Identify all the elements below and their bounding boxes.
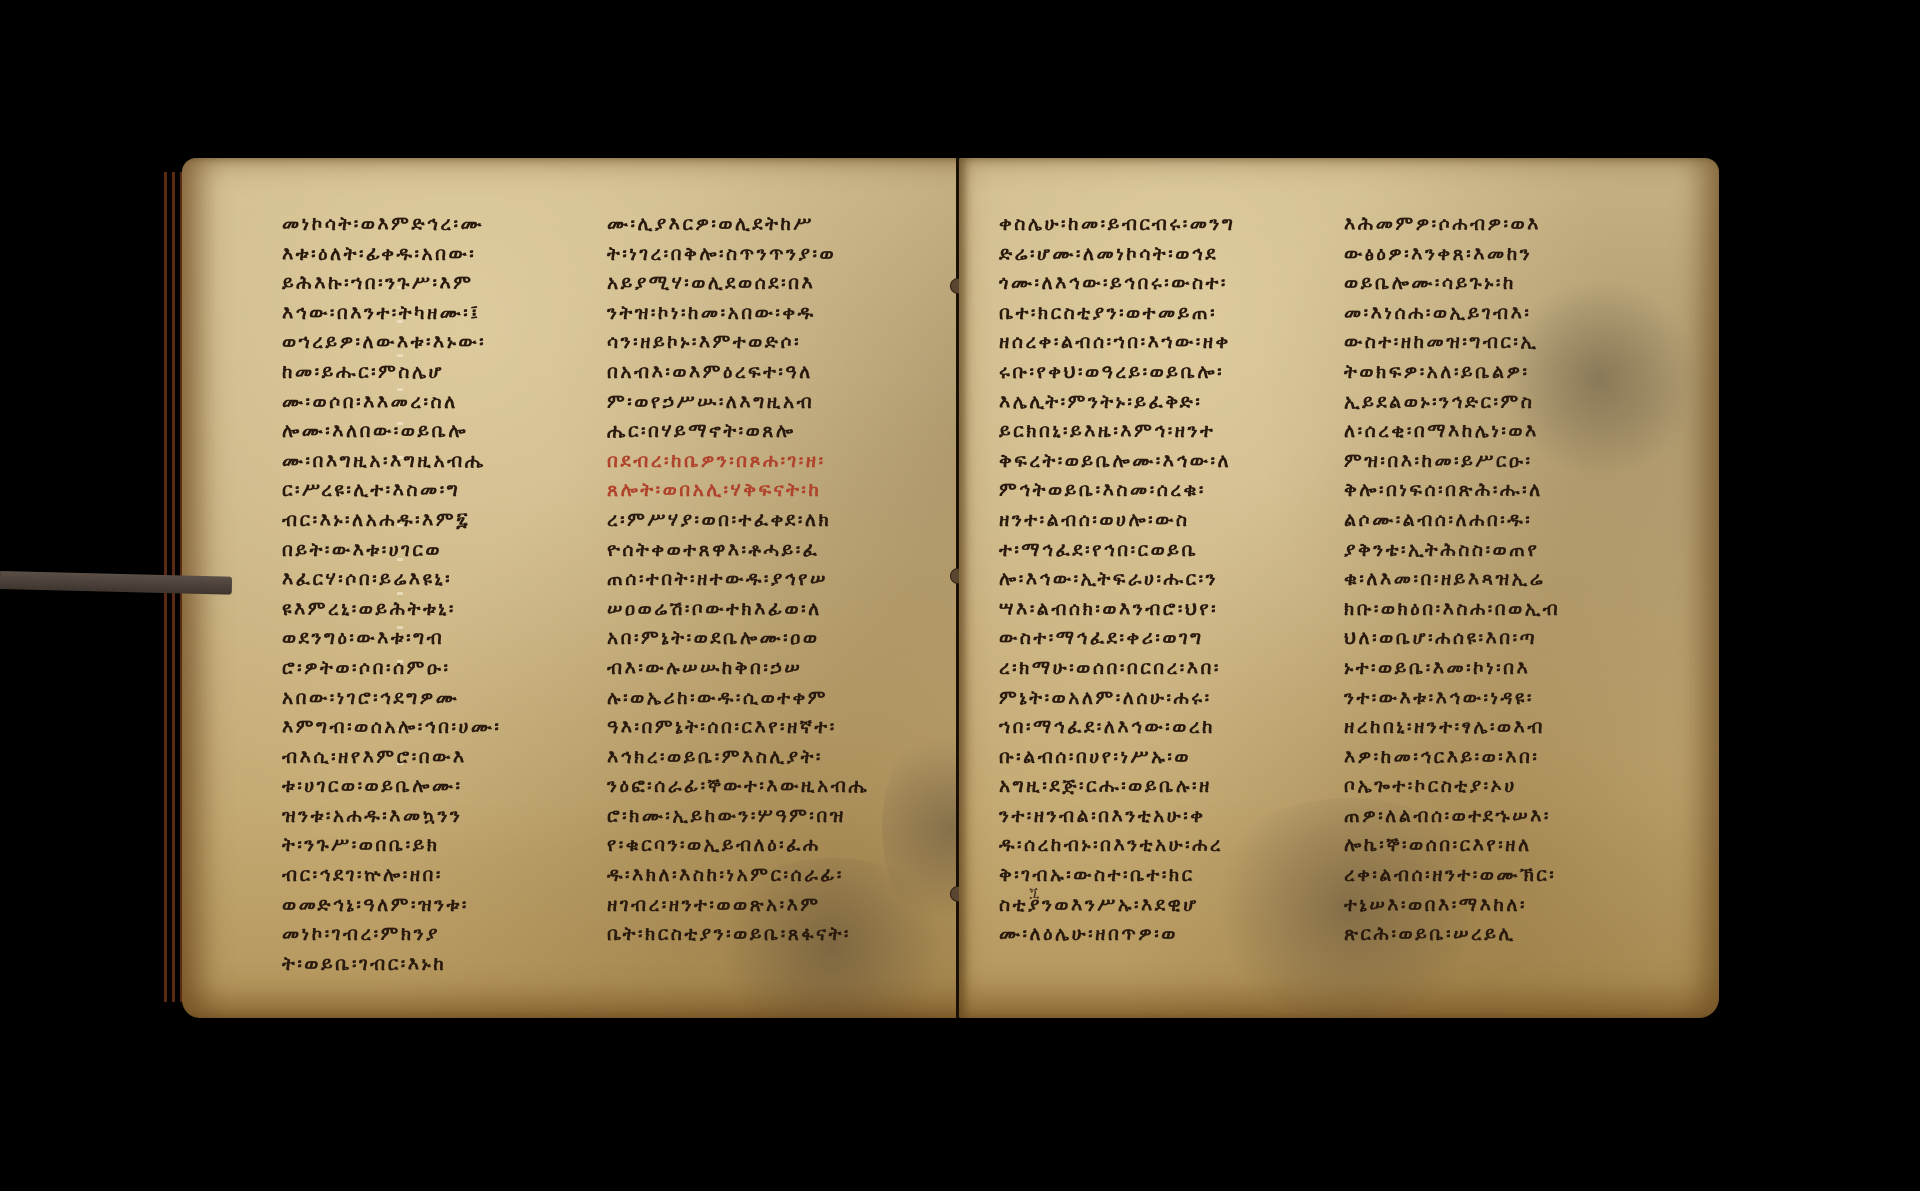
manuscript-line: ኀበ፡ማኅፈደ፡ለእኅው፡ወረከ — [999, 713, 1319, 743]
manuscript-line: ቤተ፡ክርስቲያን፡ወተመይጠ፡ — [999, 299, 1319, 329]
manuscript-line: አበ፡ምኔት፡ወደቤሎሙ፡ዐወ — [607, 624, 927, 654]
manuscript-line: ቁ፡ለእመ፡በ፡ዘይእጻዝኢሬ — [1344, 565, 1664, 595]
manuscript-line: የ፡ቁርባን፡ወኢይብለዕ፡ፈሐ — [607, 831, 927, 861]
manuscript-line: ንትዝ፡ኮነ፡ከመ፡አበው፡ቀዱ — [607, 299, 927, 329]
manuscript-line: ህለ፡ወቤሆ፡ሐሰዩ፡እበ፡ጣ — [1344, 624, 1664, 654]
manuscript-line: ውፅዕዎ፡እንቀጸ፡እመከን — [1344, 240, 1664, 270]
manuscript-line: ኑተ፡ወይቤ፡እመ፡ኮነ፡በእ — [1344, 654, 1664, 684]
manuscript-line: ጠሰ፡ተበት፡ዘተውዱ፡ያኅየሠ — [607, 565, 927, 595]
manuscript-line: እኅው፡በእንተ፡ትካዘሙ፡፤ — [282, 299, 582, 329]
manuscript-line: ሙ፡ለዕሌሁ፡ዘበጥዎ፡ወ — [999, 920, 1319, 950]
manuscript-line: ይርክበኒ፡ይእዜ፡እምኅ፡ዘንተ — [999, 417, 1319, 447]
manuscript-line: ያቅንቴ፡ኢትሕስስ፡ወጠየ — [1344, 536, 1664, 566]
manuscript-line: ሎ፡እኅው፡ኢትፍራሀ፡ሑር፡ን — [999, 565, 1319, 595]
manuscript-line: ሮ፡ክሙ፡ኢይከውን፡ሦዓም፡በዝ — [607, 802, 927, 832]
manuscript-line: እቱ፡ዕለት፡ፊቀዱ፡አበው፡ — [282, 240, 582, 270]
manuscript-line: ብእ፡ውሉሠሡከቅበ፡ኃሠ — [607, 654, 927, 684]
manuscript-line: ወደንግዕ፡ውእቱ፡ግብ — [282, 624, 582, 654]
manuscript-line: ንዕፎ፡ሰራፊ፡ኞውተ፡እውዚአብሔ — [607, 772, 927, 802]
manuscript-line: ንተ፡ዘንብል፡በእንቲአሁ፡ቀ — [999, 802, 1319, 832]
manuscript-line: ወመድኅኔ፡ዓለም፡ዝንቱ፡ — [282, 891, 582, 921]
manuscript-line: ስቲያንወእንሥኡ፡እደዊሆ — [999, 891, 1319, 921]
manuscript-line: ቀስሌሁ፡ከመ፡ይብርብሩ፡መንግ — [999, 210, 1319, 240]
folio-mark: ጟ — [1029, 886, 1039, 902]
manuscript-line: ዘረከበኒ፡ዘንተ፡ፃሌ፡ወእብ — [1344, 713, 1664, 743]
manuscript-line: ምኔት፡ወአለም፡ለሰሁ፡ሐሩ፡ — [999, 684, 1319, 714]
manuscript-line: ም፡ወየኃሥሡ፡ለእግዚአብ — [607, 388, 927, 418]
manuscript-line: እኅክረ፡ወይቤ፡ምእስሊያት፡ — [607, 743, 927, 773]
manuscript-line: ሙ፡ወሶበ፡እእመረ፡ስለ — [282, 388, 582, 418]
open-manuscript: መነኮሳት፡ወእምድኅረ፡ሙእቱ፡ዕለት፡ፊቀዱ፡አበው፡ይሕእኩ፡ኀበ፡ንጉሥ… — [160, 158, 1728, 1028]
manuscript-line: ቡ፡ልብሰ፡በሀየ፡ነሥኡ፡ወ — [999, 743, 1319, 773]
manuscript-line: ከመ፡ይሑር፡ምስሌሆ — [282, 358, 582, 388]
manuscript-line: ረ፡ክማሁ፡ወሰበ፡በርበረ፡እበ፡ — [999, 654, 1319, 684]
manuscript-line: ረ፡ምሥሃያ፡ወበ፡ተፈቀደ፡ለክ — [607, 506, 927, 536]
manuscript-line: ሙ፡ሊያእርዎ፡ወሊደትከሥ — [607, 210, 927, 240]
manuscript-line: ዱ፡ሰረከብኑ፡በእንቲአሁ፡ሐረ — [999, 831, 1319, 861]
manuscript-line: እሌሊት፡ምንትኑ፡ይፈቅድ፡ — [999, 388, 1319, 418]
manuscript-line: ሉ፡ወኤሪከ፡ውዱ፡ሲወተቀም — [607, 684, 927, 714]
left-column-1: መነኮሳት፡ወእምድኅረ፡ሙእቱ፡ዕለት፡ፊቀዱ፡አበው፡ይሕእኩ፡ኀበ፡ንጉሥ… — [282, 210, 582, 979]
manuscript-line: መነኮ፡ገብረ፡ምክንያ — [282, 920, 582, 950]
manuscript-line: ብእሲ፡ዘየእምሮ፡በውእ — [282, 743, 582, 773]
manuscript-line: አይያሚሃ፡ወሊደወሰደ፡በእ — [607, 269, 927, 299]
manuscript-line: ሔር፡በሃይማኖት፡ወጸሎ — [607, 417, 927, 447]
manuscript-line: ጸሎት፡ወበአሊ፡ሃቅፍናት፡ከ — [607, 476, 927, 506]
manuscript-line: ኢይደልወኑ፡ንኅድር፡ምስ — [1344, 388, 1664, 418]
manuscript-line: ረቀ፡ልብሰ፡ዘንተ፡ወሙኽር፡ — [1344, 861, 1664, 891]
manuscript-line: እምግብ፡ወሰአሎ፡ኅበ፡ሀሙ፡ — [282, 713, 582, 743]
manuscript-line: ሠዐወሬሽ፡ቦውተክእፊወ፡ለ — [607, 595, 927, 625]
manuscript-line: አግዚ፡ደጅ፡ርሑ፡ወይቤሉ፡ዘ — [999, 772, 1319, 802]
manuscript-line: ቱ፡ሀገርወ፡ወይቤሎሙ፡ — [282, 772, 582, 802]
manuscript-line: ዓእ፡በምኔት፡ሰበ፡ርእየ፡ዘኛተ፡ — [607, 713, 927, 743]
manuscript-line: ብር፡እኑ፡ለአሐዱ፡እም፯ — [282, 506, 582, 536]
manuscript-line: ዘሰረቀ፡ልብሰ፡ኀበ፡እኀው፡ዘቀ — [999, 328, 1319, 358]
manuscript-line: በደብረ፡ከቤዎን፡በጾሐ፡ገ፡ዘ፡ — [607, 447, 927, 477]
manuscript-line: ቅ፡ገብኡ፡ውስተ፡ቤተ፡ክር — [999, 861, 1319, 891]
manuscript-line: ንተ፡ውእቱ፡እኅው፡ነዳዩ፡ — [1344, 684, 1664, 714]
manuscript-line: ይሕእኩ፡ኀበ፡ንጉሥ፡እም — [282, 269, 582, 299]
manuscript-line: ቅፍረት፡ወይቤሎሙ፡እኅው፡ለ — [999, 447, 1319, 477]
manuscript-line: ቅሎ፡በነፍሰ፡በጽሕ፡ሑ፡ለ — [1344, 476, 1664, 506]
manuscript-line: ሮ፡ዎትወ፡ሶበ፡ሰምዑ፡ — [282, 654, 582, 684]
manuscript-line: መነኮሳት፡ወእምድኅረ፡ሙ — [282, 210, 582, 240]
manuscript-line: ር፡ሥረዩ፡ሊተ፡እስመ፡ግ — [282, 476, 582, 506]
manuscript-line: ቤት፡ክርስቲያን፡ወይቤ፡ጸፋናት፡ — [607, 920, 927, 950]
manuscript-line: ዝንቱ፡አሐዱ፡እመኳንን — [282, 802, 582, 832]
manuscript-line: ሣእ፡ልብሰክ፡ወእንብሮ፡ህየ፡ — [999, 595, 1319, 625]
manuscript-line: እዎ፡ከመ፡ኅርእይ፡ወ፡እበ፡ — [1344, 743, 1664, 773]
manuscript-line: እፈርሃ፡ሶበ፡ይሬእዩኒ፡ — [282, 565, 582, 595]
manuscript-line: ዮሰትቀወተጸዋእ፡ቶሓይ፡ፈ — [607, 536, 927, 566]
manuscript-line: ሙ፡በእግዚአ፡እግዚአብሔ — [282, 447, 582, 477]
manuscript-line: ት፡ነገረ፡በቅሎ፡ስጥንጥንያ፡ወ — [607, 240, 927, 270]
manuscript-line: ተ፡ማኅፈደ፡የኅበ፡ርወይቤ — [999, 536, 1319, 566]
manuscript-line: ዱ፡እክለ፡እስከ፡ነአምር፡ሰራፊ፡ — [607, 861, 927, 891]
manuscript-line: ትወክፍዎ፡አለ፡ይቤልዎ፡ — [1344, 358, 1664, 388]
manuscript-line: ዩእምረኒ፡ወይሕትቱኒ፡ — [282, 595, 582, 625]
manuscript-line: ምዝ፡በእ፡ከመ፡ይሥርዑ፡ — [1344, 447, 1664, 477]
manuscript-line: ሎኬ፡ኞ፡ወሰበ፡ርእየ፡ዘለ — [1344, 831, 1664, 861]
manuscript-line: ወይቤሎሙ፡ሳይጉኑ፡ከ — [1344, 269, 1664, 299]
manuscript-line: ውስተ፡ዘከመዝ፡ግብር፡ኢ — [1344, 328, 1664, 358]
manuscript-line: ተኔሠእ፡ወበእ፡ማእከለ፡ — [1344, 891, 1664, 921]
manuscript-line: ቦኤጐተ፡ኮርስቲያ፡ኦሀ — [1344, 772, 1664, 802]
manuscript-line: አበው፡ነገሮ፡ኅደግዎሙ — [282, 684, 582, 714]
manuscript-line: ለ፡ሰረቂ፡በማእከሌነ፡ወእ — [1344, 417, 1664, 447]
manuscript-line: በይት፡ውእቱ፡ሀገርወ — [282, 536, 582, 566]
manuscript-line: መ፡እነሰሐ፡ወኢይገብእ፡ — [1344, 299, 1664, 329]
right-page: ቀስሌሁ፡ከመ፡ይብርብሩ፡መንግድሬ፡ሆሙ፡ለመነኮሳት፡ወኅደጎሙ፡ለእኅው… — [959, 158, 1719, 1018]
manuscript-line: ጠዎ፡ለልብሰ፡ወተደኁሠእ፡ — [1344, 802, 1664, 832]
manuscript-line: ምኅትወይቤ፡እስመ፡ሰረቁ፡ — [999, 476, 1319, 506]
manuscript-line: ውስተ፡ማኅፈደ፡ቀሪ፡ወገግ — [999, 624, 1319, 654]
manuscript-line: ድሬ፡ሆሙ፡ለመነኮሳት፡ወኅደ — [999, 240, 1319, 270]
manuscript-line: ት፡ወይቤ፡ገብር፡እኑከ — [282, 950, 582, 980]
manuscript-line: እሕመምዎ፡ሶሐብዎ፡ወእ — [1344, 210, 1664, 240]
left-column-2: ሙ፡ሊያእርዎ፡ወሊደትከሥት፡ነገረ፡በቅሎ፡ስጥንጥንያ፡ወአይያሚሃ፡ወሊ… — [607, 210, 927, 950]
manuscript-line: ብር፡ኅደገ፡ኵሎ፡ዘበ፡ — [282, 861, 582, 891]
manuscript-line: ት፡ንጉሥ፡ወበቤ፡ይክ — [282, 831, 582, 861]
right-column-2: እሕመምዎ፡ሶሐብዎ፡ወእውፅዕዎ፡እንቀጸ፡እመከንወይቤሎሙ፡ሳይጉኑ፡ከመ… — [1344, 210, 1664, 950]
manuscript-line: ሳን፡ዘይኮኑ፡እምተወድሶ፡ — [607, 328, 927, 358]
manuscript-line: ዘንተ፡ልብሰ፡ወሀሎ፡ውስ — [999, 506, 1319, 536]
manuscript-line: ጎሙ፡ለእኅው፡ይኅበሩ፡ውስተ፡ — [999, 269, 1319, 299]
manuscript-line: ክቡ፡ወክዕበ፡እስሐ፡በወኢብ — [1344, 595, 1664, 625]
manuscript-line: ጽርሕ፡ወይቤ፡ሠረይሊ — [1344, 920, 1664, 950]
manuscript-line: ዘገብረ፡ዘንተ፡ወወጽአ፡እም — [607, 891, 927, 921]
manuscript-line: በአብእ፡ወእምዕረፍተ፡ዓለ — [607, 358, 927, 388]
manuscript-line: ሩቡ፡የቀህ፡ወዓረይ፡ወይቤሎ፡ — [999, 358, 1319, 388]
manuscript-line: ወኀረይዎ፡ለውእቱ፡እኑው፡ — [282, 328, 582, 358]
right-column-1: ቀስሌሁ፡ከመ፡ይብርብሩ፡መንግድሬ፡ሆሙ፡ለመነኮሳት፡ወኅደጎሙ፡ለእኅው… — [999, 210, 1319, 950]
manuscript-line: ሎሙ፡እለበው፡ወይቤሎ — [282, 417, 582, 447]
manuscript-line: ልሶሙ፡ልብሰ፡ለሐበ፡ዱ፡ — [1344, 506, 1664, 536]
